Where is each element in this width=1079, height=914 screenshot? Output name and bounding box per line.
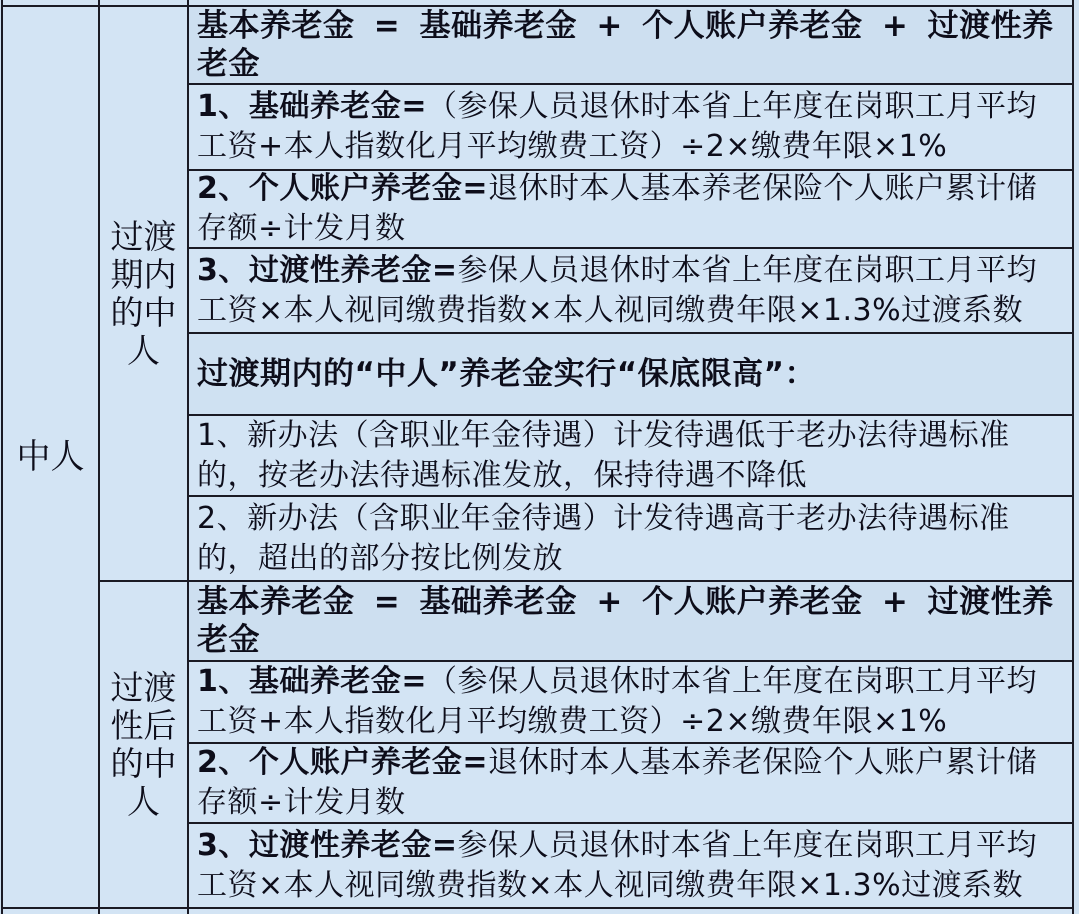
bold-segment: 基本养老金 = 基础养老金 + 个人账户养老金 + 过渡性养老金 [197,8,1054,82]
section-label-post-transition: 过渡性后的中人 [100,582,187,907]
personal-account-formula-cell-b: 2、个人账户养老金=退休时本人基本养老保险个人账户累计储存额÷计发月数 [189,744,1072,822]
formula-text: 3、过渡性养老金=参保人员退休时本省上年度在岗职工月平均工资×本人视同缴费指数×… [197,251,1064,331]
row-group-cell-zhongren: 中人 [3,7,98,907]
formula-text: 2、个人账户养老金=退休时本人基本养老保险个人账户累计储存额÷计发月数 [197,744,1064,822]
formula-text: 2、个人账户养老金=退休时本人基本养老保险个人账户累计储存额÷计发月数 [197,171,1064,247]
table-edge-sliver [100,909,187,914]
transitional-pension-formula-cell-b: 3、过渡性养老金=参保人员退休时本省上年度在岗职工月平均工资×本人视同缴费指数×… [189,824,1072,907]
formula-header-cell-b: 基本养老金 = 基础养老金 + 个人账户养老金 + 过渡性养老金 [189,582,1072,660]
transitional-pension-formula-cell-a: 3、过渡性养老金=参保人员退休时本省上年度在岗职工月平均工资×本人视同缴费指数×… [189,249,1072,332]
personal-account-formula-cell-a: 2、个人账户养老金=退休时本人基本养老保险个人账户累计储存额÷计发月数 [189,171,1072,247]
formula-text: 1、基础养老金=（参保人员退休时本省上年度在岗职工月平均工资+本人指数化月平均缴… [197,87,1064,167]
text-segment: 1、新办法（含职业年金待遇）计发待遇低于老办法待遇标准的，按老办法待遇标准发放，… [197,418,1010,493]
formula-text: 1、基础养老金=（参保人员退休时本省上年度在岗职工月平均工资+本人指数化月平均缴… [197,662,1064,742]
basic-pension-formula-cell-b: 1、基础养老金=（参保人员退休时本省上年度在岗职工月平均工资+本人指数化月平均缴… [189,662,1072,742]
formula-text: 基本养老金 = 基础养老金 + 个人账户养老金 + 过渡性养老金 [197,7,1064,83]
bold-segment: 过渡期内的“中人”养老金实行“保底限高”： [197,356,816,392]
formula-text: 3、过渡性养老金=参保人员退休时本省上年度在岗职工月平均工资×本人视同缴费指数×… [197,826,1064,906]
formula-text: 1、新办法（含职业年金待遇）计发待遇低于老办法待遇标准的，按老办法待遇标准发放，… [197,416,1064,495]
formula-text: 2、新办法（含职业年金待遇）计发待遇高于老办法待遇标准的，超出的部分按比例发放 [197,499,1064,579]
pension-table: 中人 过渡期内的中人 过渡性后的中人 基本养老金 = 基础养老金 + 个人账户养… [1,0,1074,914]
bold-segment: 1、基础养老金= [197,89,427,124]
new-method-higher-cell: 2、新办法（含职业年金待遇）计发待遇高于老办法待遇标准的，超出的部分按比例发放 [189,497,1072,580]
table-edge-sliver [3,909,98,914]
table-edge-sliver [3,0,98,5]
text-segment: 2、新办法（含职业年金待遇）计发待遇高于老办法待遇标准的，超出的部分按比例发放 [197,501,1010,576]
formula-text: 基本养老金 = 基础养老金 + 个人账户养老金 + 过渡性养老金 [197,583,1064,659]
bold-segment: 2、个人账户养老金= [197,745,488,780]
section-label-transition-period: 过渡期内的中人 [100,7,187,580]
bold-segment: 基本养老金 = 基础养老金 + 个人账户养老金 + 过渡性养老金 [197,584,1054,658]
bold-segment: 3、过渡性养老金= [197,253,458,288]
pension-table-screenshot: 中人 过渡期内的中人 过渡性后的中人 基本养老金 = 基础养老金 + 个人账户养… [0,0,1079,914]
bold-segment: 2、个人账户养老金= [197,171,488,206]
zhongren-label: 中人 [17,438,85,476]
table-edge-sliver [189,0,1072,5]
table-edge-sliver [189,909,1072,914]
bold-segment: 3、过渡性养老金= [197,828,458,863]
bold-segment: 1、基础养老金= [197,664,427,699]
basic-pension-formula-cell-a: 1、基础养老金=（参保人员退休时本省上年度在岗职工月平均工资+本人指数化月平均缴… [189,85,1072,169]
section-a-label: 过渡期内的中人 [106,218,181,370]
baodixiangao-header-cell: 过渡期内的“中人”养老金实行“保底限高”： [189,334,1072,414]
section-b-label: 过渡性后的中人 [106,669,181,821]
formula-text: 过渡期内的“中人”养老金实行“保底限高”： [197,354,1064,394]
new-method-lower-cell: 1、新办法（含职业年金待遇）计发待遇低于老办法待遇标准的，按老办法待遇标准发放，… [189,416,1072,495]
table-edge-sliver [100,0,187,5]
formula-header-cell-a: 基本养老金 = 基础养老金 + 个人账户养老金 + 过渡性养老金 [189,7,1072,83]
